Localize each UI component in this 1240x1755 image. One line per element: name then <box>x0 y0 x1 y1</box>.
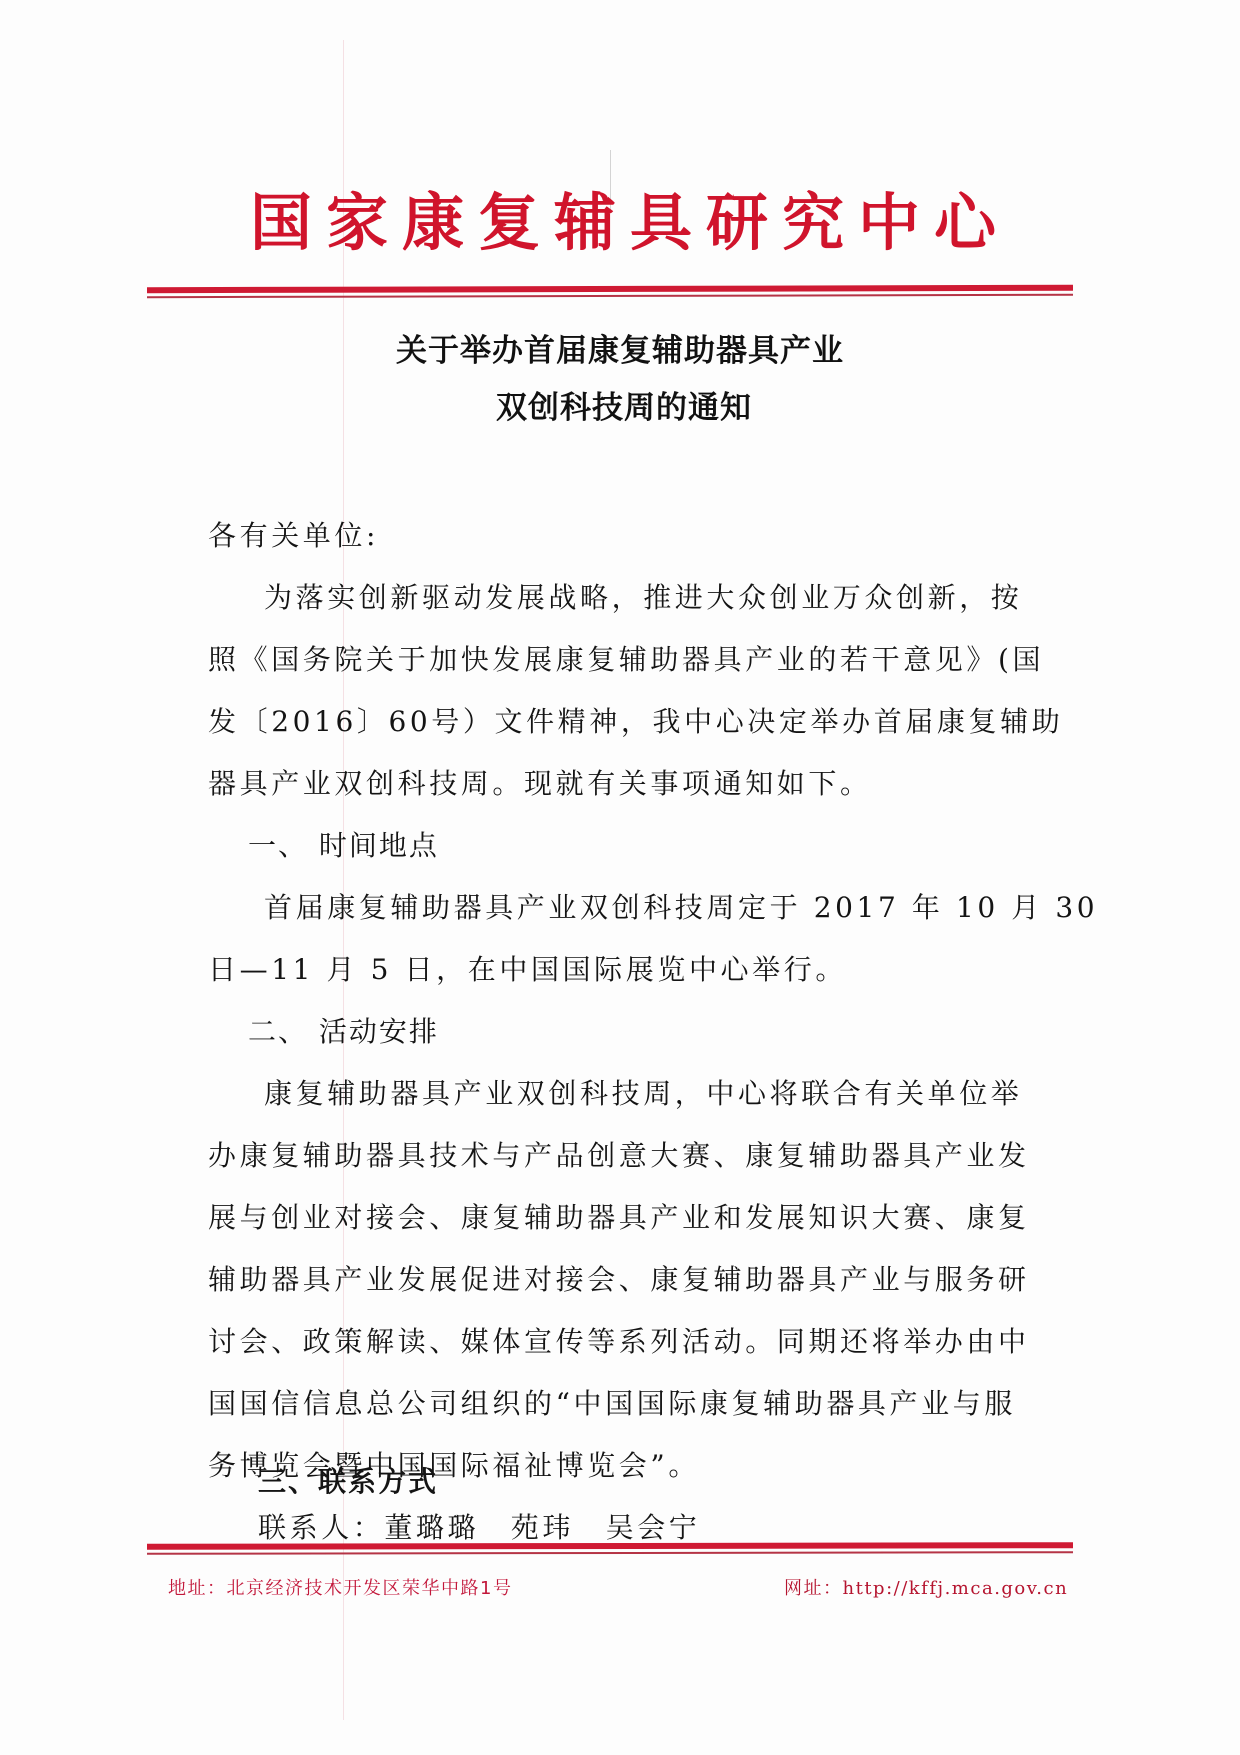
section-line: 康复辅助器具产业双创科技周，中心将联合有关单位举 <box>264 1074 1094 1114</box>
intro-line: 发〔2016〕60号）文件精神，我中心决定举办首届康复辅助 <box>208 702 1038 742</box>
section-heading-activities: 二、 活动安排 <box>248 1012 439 1052</box>
footer-website-link[interactable]: 网址：http://kffj.mca.gov.cn <box>784 1574 1068 1600</box>
footer-address: 地址：北京经济技术开发区荣华中路1号 <box>168 1574 512 1600</box>
section-line: 国国信信息总公司组织的“中国国际康复辅助器具产业与服 <box>208 1384 1038 1424</box>
section-line: 讨会、政策解读、媒体宣传等系列活动。同期还将举办由中 <box>208 1322 1038 1362</box>
section-line: 日—11 月 5 日，在中国国际展览中心举行。 <box>208 950 1038 990</box>
intro-line: 为落实创新驱动发展战略，推进大众创业万众创新，按 <box>264 578 1094 618</box>
letterhead-red-rule <box>147 285 1073 298</box>
section-heading-contact: 三、联系方式 <box>258 1462 438 1502</box>
section-heading-time-place: 一、 时间地点 <box>248 826 439 866</box>
salutation: 各有关单位: <box>208 516 1038 556</box>
footer-red-rule <box>147 1542 1073 1555</box>
document-page: 国家康复辅具研究中心 关于举办首届康复辅助器具产业 双创科技周的通知 各有关单位… <box>0 0 1240 1755</box>
section-line: 首届康复辅助器具产业双创科技周定于 2017 年 10 月 30 <box>264 888 1094 928</box>
intro-line: 照《国务院关于加快发展康复辅助器具产业的若干意见》(国 <box>208 640 1038 680</box>
section-line: 辅助器具产业发展促进对接会、康复辅助器具产业与服务研 <box>208 1260 1038 1300</box>
intro-line: 器具产业双创科技周。现就有关事项通知如下。 <box>208 764 1038 804</box>
section-line: 展与创业对接会、康复辅助器具产业和发展知识大赛、康复 <box>208 1198 1038 1238</box>
section-line: 办康复辅助器具技术与产品创意大赛、康复辅助器具产业发 <box>208 1136 1038 1176</box>
notice-title-line-2: 双创科技周的通知 <box>0 388 1240 428</box>
notice-title-line-1: 关于举办首届康复辅助器具产业 <box>0 331 1240 371</box>
letterhead-org-name: 国家康复辅具研究中心 <box>0 188 1240 258</box>
